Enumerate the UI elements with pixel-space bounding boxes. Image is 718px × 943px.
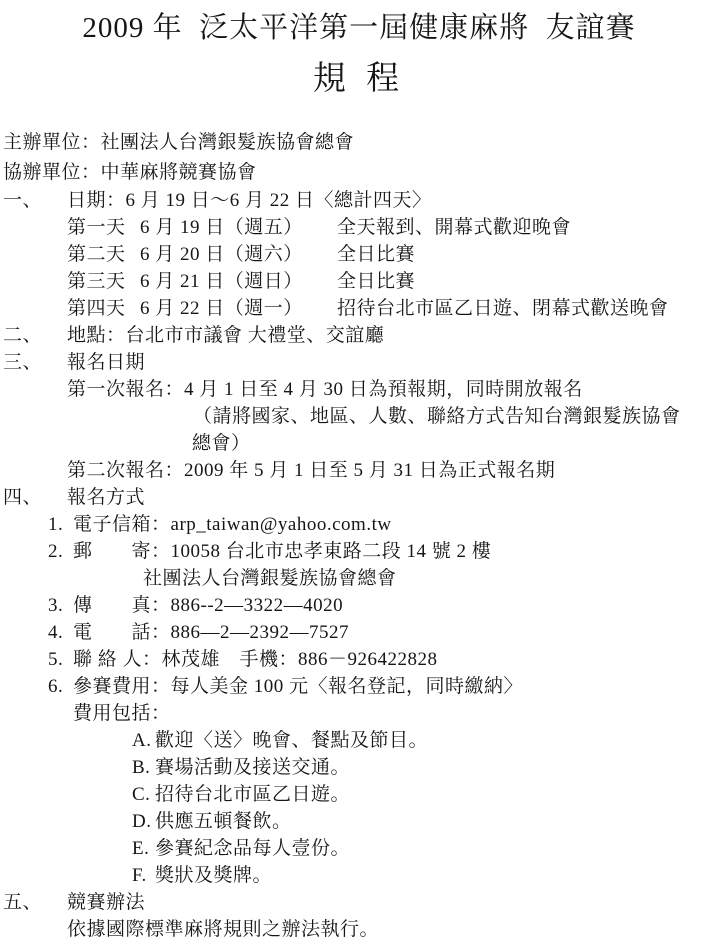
section-5-heading: 競賽辦法	[67, 892, 145, 913]
day-2-label: 第二天	[67, 243, 140, 267]
fee-item-c-letter: C.	[132, 783, 155, 807]
day-3-label: 第三天	[67, 270, 140, 294]
item-3-label: 傳 真	[73, 595, 151, 616]
section-5-number: 五、	[3, 891, 67, 915]
day-row-1: 第一天6 月 19 日（週五）全天報到、開幕式歡迎晚會	[67, 216, 571, 240]
fee-item-d-text: 供應五頓餐飲。	[155, 811, 292, 832]
apply-item-fax: 3.傳 真：886--2—3322—4020	[48, 594, 343, 618]
item-2-number: 2.	[48, 540, 73, 564]
document-subtitle: 規 程	[0, 52, 718, 99]
co-organizer-line: 協辦單位：中華麻將競賽協會	[3, 161, 257, 185]
item-4-value: ：886—2—2392—7527	[151, 622, 349, 643]
apply-item-phone: 4.電 話：886—2—2392—7527	[48, 621, 349, 645]
item-6-value: ：每人美金 100 元〈報名登記，同時繳納〉	[151, 676, 523, 697]
item-4-label: 電 話	[73, 622, 151, 643]
section-1-dates: 一、日期：6 月 19 日～6 月 22 日〈總計四天〉	[3, 189, 432, 213]
fee-item-f: F.獎狀及獎牌。	[132, 864, 272, 888]
item-3-value: ：886--2—3322—4020	[151, 595, 343, 616]
item-1-number: 1.	[48, 513, 73, 537]
section-3-registration-dates: 三、報名日期	[3, 351, 145, 375]
apply-item-mail-continuation: 社團法人台灣銀髮族協會總會	[143, 567, 397, 591]
fee-item-e-text: 參賽紀念品每人壹份。	[155, 838, 350, 859]
day-3-desc: 全日比賽	[337, 271, 415, 292]
first-registration-note-line-1: （請將國家、地區、人數、聯絡方式告知台灣銀髮族協會	[193, 405, 681, 429]
fee-item-d-letter: D.	[132, 810, 155, 834]
section-1-heading: 日期：6 月 19 日～6 月 22 日〈總計四天〉	[67, 190, 432, 211]
section-2-number: 二、	[3, 324, 67, 348]
fee-item-a-letter: A.	[132, 729, 155, 753]
fee-item-a-text: 歡迎〈送〉晚會、餐點及節目。	[155, 730, 428, 751]
section-2-heading: 地點：台北市市議會 大禮堂、交誼廳	[67, 325, 384, 346]
day-1-date: 6 月 19 日（週五）	[140, 216, 337, 240]
first-registration-line: 第一次報名：4 月 1 日至 4 月 30 日為預報期，同時開放報名	[67, 378, 583, 402]
apply-item-mail: 2.郵 寄：10058 台北市忠孝東路二段 14 號 2 樓	[48, 540, 491, 564]
section-3-number: 三、	[3, 351, 67, 375]
apply-item-email: 1.電子信箱：arp_taiwan@yahoo.com.tw	[48, 513, 392, 537]
fee-item-c-text: 招待台北市區乙日遊。	[155, 784, 350, 805]
fee-item-d: D.供應五頓餐飲。	[132, 810, 292, 834]
section-2-location: 二、地點：台北市市議會 大禮堂、交誼廳	[3, 324, 384, 348]
item-6-label: 參賽費用	[73, 676, 151, 697]
section-5-competition-rules: 五、競賽辦法	[3, 891, 145, 915]
item-5-label: 聯 絡 人	[73, 649, 142, 670]
item-1-value: ：arp_taiwan@yahoo.com.tw	[151, 514, 392, 535]
fee-item-f-letter: F.	[132, 864, 155, 888]
fee-item-e-letter: E.	[132, 837, 155, 861]
item-1-label: 電子信箱	[73, 514, 151, 535]
day-2-date: 6 月 20 日（週六）	[140, 243, 337, 267]
day-1-label: 第一天	[67, 216, 140, 240]
day-1-desc: 全天報到、開幕式歡迎晚會	[337, 217, 571, 238]
apply-item-contact: 5.聯 絡 人：林茂雄 手機：886－926422828	[48, 648, 438, 672]
document-title: 2009 年 泛太平洋第一屆健康麻將 友誼賽	[0, 5, 718, 46]
day-4-date: 6 月 22 日（週一）	[140, 297, 337, 321]
organizer-line: 主辦單位：社團法人台灣銀髮族協會總會	[3, 131, 354, 155]
day-row-3: 第三天6 月 21 日（週日）全日比賽	[67, 270, 415, 294]
section-1-number: 一、	[3, 189, 67, 213]
section-4-heading: 報名方式	[67, 487, 145, 508]
fee-item-b-text: 賽場活動及接送交通。	[155, 757, 350, 778]
scanned-document-page: 2009 年 泛太平洋第一屆健康麻將 友誼賽 規 程 主辦單位：社團法人台灣銀髮…	[0, 0, 718, 943]
item-6-number: 6.	[48, 675, 73, 699]
section-4-number: 四、	[3, 486, 67, 510]
section-5-body: 依據國際標準麻將規則之辦法執行。	[67, 918, 379, 942]
item-2-value: ：10058 台北市忠孝東路二段 14 號 2 樓	[151, 541, 491, 562]
apply-item-fee: 6.參賽費用：每人美金 100 元〈報名登記，同時繳納〉	[48, 675, 523, 699]
first-registration-note-line-2: 總會）	[192, 432, 251, 456]
fee-includes-heading: 費用包括：	[73, 702, 171, 726]
day-row-4: 第四天6 月 22 日（週一）招待台北市區乙日遊、閉幕式歡送晚會	[67, 297, 669, 321]
item-5-value: ：林茂雄 手機：886－926422828	[142, 649, 438, 670]
day-row-2: 第二天6 月 20 日（週六）全日比賽	[67, 243, 415, 267]
item-5-number: 5.	[48, 648, 73, 672]
fee-item-b-letter: B.	[132, 756, 155, 780]
item-3-number: 3.	[48, 594, 73, 618]
day-4-desc: 招待台北市區乙日遊、閉幕式歡送晚會	[337, 298, 669, 319]
fee-item-f-text: 獎狀及獎牌。	[155, 865, 272, 886]
day-3-date: 6 月 21 日（週日）	[140, 270, 337, 294]
section-3-heading: 報名日期	[67, 352, 145, 373]
second-registration-line: 第二次報名：2009 年 5 月 1 日至 5 月 31 日為正式報名期	[67, 459, 555, 483]
fee-item-a: A.歡迎〈送〉晚會、餐點及節目。	[132, 729, 428, 753]
fee-item-c: C.招待台北市區乙日遊。	[132, 783, 350, 807]
item-4-number: 4.	[48, 621, 73, 645]
item-2-label: 郵 寄	[73, 541, 151, 562]
fee-item-b: B.賽場活動及接送交通。	[132, 756, 350, 780]
day-4-label: 第四天	[67, 297, 140, 321]
day-2-desc: 全日比賽	[337, 244, 415, 265]
fee-item-e: E.參賽紀念品每人壹份。	[132, 837, 350, 861]
section-4-registration-methods: 四、報名方式	[3, 486, 145, 510]
